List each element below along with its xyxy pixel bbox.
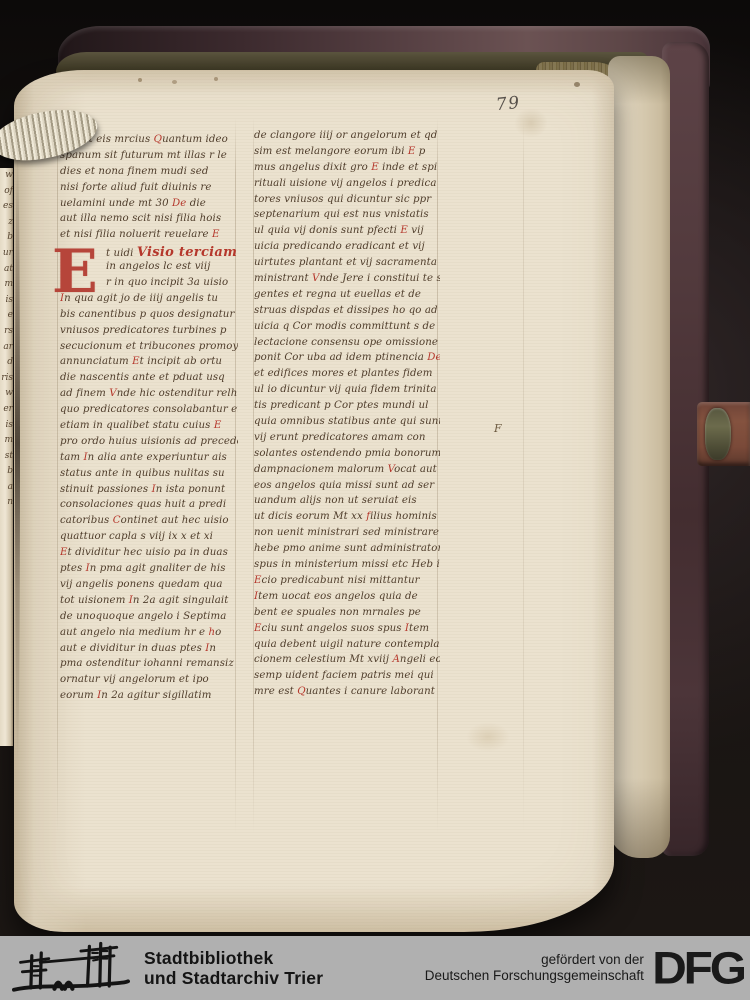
facing-page-fragment: er bbox=[0, 402, 13, 418]
manuscript-line: tis predicant p Cor ptes mundi ul bbox=[254, 400, 440, 416]
facing-page-fragment: b bbox=[0, 464, 13, 480]
manuscript-line: de clangore iiij or angelorum et qd bbox=[254, 130, 440, 146]
manuscript-line: vniusos predicatores turbines p bbox=[60, 325, 238, 341]
library-name-line2: und Stadtarchiv Trier bbox=[144, 968, 323, 989]
manuscript-line: stinuit passiones In ista ponunt bbox=[60, 484, 238, 500]
facing-page-fragment: rs bbox=[0, 324, 13, 340]
illuminated-initial: E bbox=[52, 242, 98, 302]
manuscript-line: uirtutes plantant et vij sacramenta bbox=[254, 257, 440, 273]
manuscript-line: vij erunt predicatores amam con bbox=[254, 432, 440, 448]
facing-page-fragment: is bbox=[0, 293, 13, 309]
facing-page-edge: wofeszburatmisersardriswerismstban bbox=[0, 168, 13, 746]
manuscript-line: pro ordo huius uisionis ad precede bbox=[60, 436, 238, 452]
manuscript-line: r in quo incipit 3a uisio bbox=[106, 277, 238, 293]
manuscript-line: nisi forte aliud fuit diuinis re bbox=[60, 182, 238, 198]
facing-page-fragment: b bbox=[0, 230, 13, 246]
clasp-metal-fitting bbox=[705, 408, 731, 460]
digitized-manuscript-view: 79 F uemat eis mrcius Quantum ideospanum… bbox=[0, 0, 750, 1000]
manuscript-line: eorum In 2a agitur sigillatim bbox=[60, 690, 238, 706]
manuscript-line: ul io dicuntur vij quia fidem trinita bbox=[254, 384, 440, 400]
manuscript-line: rituali uisione vij angelos i predica bbox=[254, 178, 440, 194]
manuscript-line: bent ee spuales non mrnales pe bbox=[254, 607, 440, 623]
manuscript-line: dies et nona finem mudi sed bbox=[60, 166, 238, 182]
manuscript-line: vij angelis ponens quedam qua bbox=[60, 579, 238, 595]
manuscript-line: eos angelos quia missi sunt ad ser bbox=[254, 480, 440, 496]
ruling-line bbox=[57, 118, 58, 834]
manuscript-line: secucionum et tribucones promoy bbox=[60, 341, 238, 357]
manuscript-line: quia omnibus statibus ante qui sunt bbox=[254, 416, 440, 432]
manuscript-line: ministrant Vnde Jere i constitui te sup bbox=[254, 273, 440, 289]
funding-line1: gefördert von der bbox=[425, 952, 644, 969]
ruling-line bbox=[523, 118, 524, 834]
funding-line2: Deutschen Forschungsgemeinschaft bbox=[425, 968, 644, 985]
manuscript-line: cionem celestium Mt xviij Angeli eoz bbox=[254, 654, 440, 670]
stain bbox=[172, 80, 177, 84]
manuscript-line: sim est melangore eorum ibi E p bbox=[254, 146, 440, 162]
facing-page-fragment: es bbox=[0, 199, 13, 215]
manuscript-line: dampnacionem malorum Vocat aut bbox=[254, 464, 440, 480]
manuscript-line: pma ostenditur iohanni remansiz bbox=[60, 658, 238, 674]
manuscript-line: hebe pmo anime sunt administratorij bbox=[254, 543, 440, 559]
facing-page-fragment: m bbox=[0, 433, 13, 449]
book-clasp bbox=[697, 402, 750, 466]
manuscript-line: ut dicis eorum Mt xx filius hominis bbox=[254, 511, 440, 527]
text-column-left: uemat eis mrcius Quantum ideospanum sit … bbox=[60, 134, 238, 706]
manuscript-line: mus angelus dixit gro E inde et spi bbox=[254, 162, 440, 178]
manuscript-line: Ecio predicabunt nisi mittantur bbox=[254, 575, 440, 591]
manuscript-line: uandum alijs non ut seruiat eis bbox=[254, 495, 440, 511]
folio-number: 79 bbox=[495, 93, 522, 115]
stain bbox=[214, 77, 218, 81]
facing-page-fragment: st bbox=[0, 449, 13, 465]
facing-page-fragment: a bbox=[0, 480, 13, 496]
manuscript-line: Item uocat eos angelos quia de bbox=[254, 591, 440, 607]
dfg-logo: DFG bbox=[652, 945, 744, 990]
manuscript-line: ptes In pma agit gnaliter de his bbox=[60, 563, 238, 579]
manuscript-line: struas dispdas et dissipes ho qo ad bbox=[254, 305, 440, 321]
facing-page-fragment: w bbox=[0, 168, 13, 184]
facing-page-fragment: m bbox=[0, 277, 13, 293]
manuscript-line: Et dividitur hec uisio pa in duas bbox=[60, 547, 238, 563]
manuscript-line: etiam in qualibet statu cuius E bbox=[60, 420, 238, 436]
facing-page-fragment: ur bbox=[0, 246, 13, 262]
manuscript-line: tam In alia ante experiuntur ais bbox=[60, 452, 238, 468]
stain bbox=[138, 78, 142, 82]
stain bbox=[574, 82, 580, 87]
manuscript-line: uelamini unde mt 30 De die bbox=[60, 198, 238, 214]
manuscript-photo: 79 F uemat eis mrcius Quantum ideospanum… bbox=[0, 0, 750, 936]
manuscript-line: aut e dividitur in duas ptes In bbox=[60, 643, 238, 659]
facing-page-fragment: of bbox=[0, 184, 13, 200]
facing-page-fragment: w bbox=[0, 386, 13, 402]
facing-page-fragment: ar bbox=[0, 340, 13, 356]
manuscript-line: spanum sit futurum mt illas r le bbox=[60, 150, 238, 166]
gutter-crease bbox=[15, 150, 20, 762]
facing-page-fragment: at bbox=[0, 262, 13, 278]
manuscript-line: bis canentibus p quos designatur bbox=[60, 309, 238, 325]
manuscript-line: solantes ostendendo pmia bonorum bbox=[254, 448, 440, 464]
manuscript-line: de unoquoque angelo i Septima bbox=[60, 611, 238, 627]
facing-page-fragment: e bbox=[0, 308, 13, 324]
manuscript-line: ul quia vij donis sunt pfecti E vij bbox=[254, 225, 440, 241]
manuscript-line: uicia predicando eradicant et vij bbox=[254, 241, 440, 257]
porta-nigra-logo-icon bbox=[12, 941, 130, 997]
manuscript-line: lectacione consensu ope omissione ido bbox=[254, 337, 440, 353]
manuscript-line: aut illa nemo scit nisi filia hois bbox=[60, 213, 238, 229]
library-name-line1: Stadtbibliothek bbox=[144, 948, 323, 969]
manuscript-line: annunciatum Et incipit ab ortu bbox=[60, 356, 238, 372]
manuscript-line: catoribus Continet aut hec uisio bbox=[60, 515, 238, 531]
manuscript-line: spus in ministerium missi etc Heb i bbox=[254, 559, 440, 575]
library-name: Stadtbibliothek und Stadtarchiv Trier bbox=[144, 948, 323, 989]
manuscript-line: t uidi Visio terciam bbox=[106, 245, 238, 261]
manuscript-line: septenarium qui est nus vnistatis bbox=[254, 209, 440, 225]
facing-page-fragment: n bbox=[0, 495, 13, 511]
facing-page-fragment: is bbox=[0, 418, 13, 434]
manuscript-line: quo predicatores consolabantur et bbox=[60, 404, 238, 420]
manuscript-line: die nascentis ante et pduat usq bbox=[60, 372, 238, 388]
manuscript-line: quattuor capla s viij ix x et xi bbox=[60, 531, 238, 547]
manuscript-line: ad finem Vnde hic ostenditur relhi bbox=[60, 388, 238, 404]
manuscript-page: 79 F uemat eis mrcius Quantum ideospanum… bbox=[14, 70, 614, 932]
manuscript-line: in angelos lc est viij bbox=[106, 261, 238, 277]
manuscript-line: aut angelo nia medium hr e ho bbox=[60, 627, 238, 643]
manuscript-line: uicia q Cor modis committunt s de bbox=[254, 321, 440, 337]
manuscript-line: et edifices mores et plantes fidem bbox=[254, 368, 440, 384]
manuscript-line: quia debent uigil nature contempla bbox=[254, 639, 440, 655]
manuscript-line: tores vniusos qui dicuntur sic ppr bbox=[254, 194, 440, 210]
manuscript-line: gentes et regna ut euellas et de bbox=[254, 289, 440, 305]
facing-page-fragment: ris bbox=[0, 371, 13, 387]
manuscript-line: Eciu sunt angelos suos spus Item bbox=[254, 623, 440, 639]
footer-banner: Stadtbibliothek und Stadtarchiv Trier ge… bbox=[0, 936, 750, 1000]
text-column-right: de clangore iiij or angelorum et qdsim e… bbox=[254, 130, 440, 702]
facing-page-fragment: d bbox=[0, 355, 13, 371]
manuscript-line: semp uident faciem patris mei qui bbox=[254, 670, 440, 686]
stain bbox=[466, 722, 510, 752]
flyleaf-edge bbox=[608, 56, 670, 858]
manuscript-line: consolaciones quas huit a predi bbox=[60, 499, 238, 515]
funding-credit: gefördert von der Deutschen Forschungsge… bbox=[425, 952, 644, 985]
manuscript-line: mre est Quantes i canure laborant bbox=[254, 686, 440, 702]
manuscript-line: ornatur vij angelorum et ipo bbox=[60, 674, 238, 690]
manuscript-line: tot uisionem In 2a agit singulait bbox=[60, 595, 238, 611]
manuscript-line: status ante in quibus nulitas su bbox=[60, 468, 238, 484]
manuscript-line: ponit Cor uba ad idem ptinencia De bbox=[254, 352, 440, 368]
margin-mark: F bbox=[494, 422, 502, 435]
manuscript-line: non uenit ministrari sed ministrare re bbox=[254, 527, 440, 543]
facing-page-fragment: z bbox=[0, 215, 13, 231]
